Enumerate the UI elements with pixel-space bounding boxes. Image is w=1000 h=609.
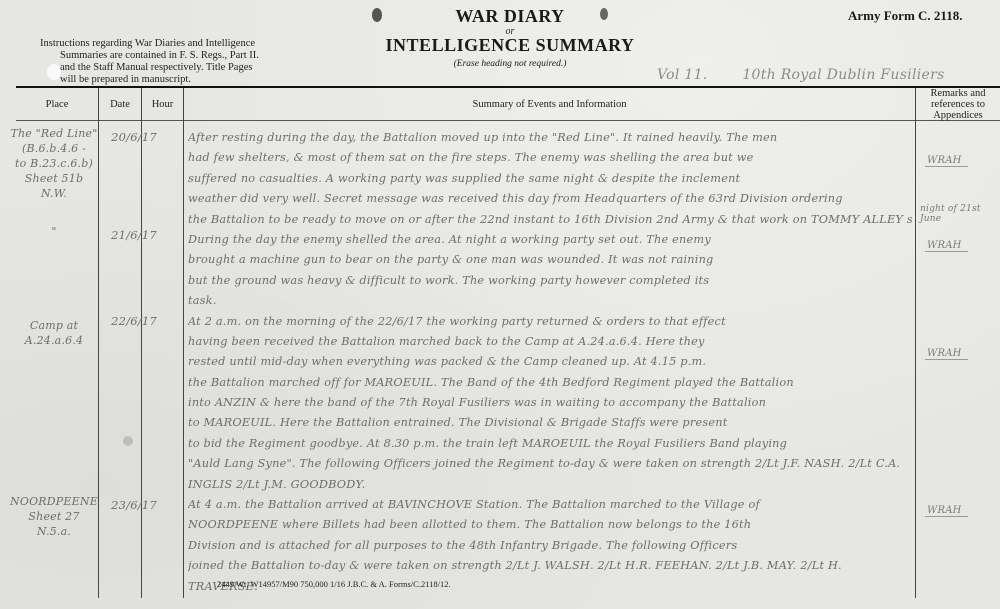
page-subtitle: INTELLIGENCE SUMMARY xyxy=(380,35,640,56)
summary-text: After resting during the day, the Battal… xyxy=(188,128,912,597)
summary-line: the Battalion marched off for MAROEUIL. … xyxy=(188,373,912,393)
column-header-date: Date xyxy=(99,88,141,120)
ink-blot xyxy=(372,8,382,22)
unit-heading: Vol 11. 10th Royal Dublin Fusiliers xyxy=(657,67,945,83)
summary-line: During the day the enemy shelled the are… xyxy=(188,230,912,250)
entry-date: 22/6/17 xyxy=(104,314,164,328)
remarks-header-line: Appendices xyxy=(933,110,983,121)
paper-mark xyxy=(123,436,133,446)
unit-name: 10th Royal Dublin Fusiliers xyxy=(742,67,944,83)
place-line: " xyxy=(10,224,98,239)
ink-blot xyxy=(600,8,608,20)
column-divider xyxy=(141,88,142,598)
place-line: Camp at xyxy=(10,318,98,333)
place-line: N.5.a. xyxy=(10,524,98,539)
heading-note: (Erase heading not required.) xyxy=(380,59,640,69)
remark-initials: WRAH xyxy=(925,155,968,167)
place-line: Sheet 51b N.W. xyxy=(10,171,98,201)
summary-line: At 4 a.m. the Battalion arrived at BAVIN… xyxy=(188,495,912,515)
place-line: NOORDPEENE xyxy=(10,494,98,509)
column-divider xyxy=(183,88,184,598)
summary-line: suffered no casualties. A working party … xyxy=(188,169,912,189)
entry-place: The "Red Line" (B.6.b.4.6 - to B.23.c.6.… xyxy=(10,126,98,201)
summary-line: having been received the Battalion march… xyxy=(188,332,912,352)
instructions-line: will be prepared in manuscript. xyxy=(40,74,275,86)
column-header-remarks: Remarks and references to Appendices xyxy=(916,88,1000,120)
remark-initials: WRAH xyxy=(925,505,968,517)
margin-note: night of 21st June xyxy=(920,204,1000,224)
column-divider xyxy=(915,88,916,598)
place-line: to B.23.c.6.b) xyxy=(10,156,98,171)
column-divider xyxy=(98,88,99,598)
summary-line: Division and is attached for all purpose… xyxy=(188,536,912,556)
entry-date: 20/6/17 xyxy=(104,130,164,144)
summary-line: joined the Battalion to-day & were taken… xyxy=(188,556,912,576)
remarks-header-line: Remarks and xyxy=(930,88,985,99)
summary-line: brought a machine gun to bear on the par… xyxy=(188,250,912,270)
remark-initials: WRAH xyxy=(925,240,968,252)
summary-line: INGLIS 2/Lt J.M. GOODBODY. xyxy=(188,475,912,495)
summary-line: At 2 a.m. on the morning of the 22/6/17 … xyxy=(188,312,912,332)
summary-line: weather did very well. Secret message wa… xyxy=(188,189,912,209)
summary-line: "Auld Lang Syne". The following Officers… xyxy=(188,454,912,474)
instructions-line: Summaries are contained in F. S. Regs., … xyxy=(40,50,275,62)
entry-place: Camp at A.24.a.6.4 xyxy=(10,318,98,348)
remarks-header-line: references to xyxy=(931,99,985,110)
summary-line: into ANZIN & here the band of the 7th Ro… xyxy=(188,393,912,413)
form-number: Army Form C. 2118. xyxy=(848,8,962,24)
entry-place: " xyxy=(10,224,98,239)
column-header-place: Place xyxy=(16,88,98,120)
column-header-hour: Hour xyxy=(142,88,183,120)
column-header-summary: Summary of Events and Information xyxy=(184,88,915,120)
entry-place: NOORDPEENE Sheet 27 N.5.a. xyxy=(10,494,98,539)
remark-initials: WRAH xyxy=(925,348,968,360)
summary-line: to bid the Regiment goodbye. At 8.30 p.m… xyxy=(188,434,912,454)
place-line: (B.6.b.4.6 - xyxy=(10,141,98,156)
summary-line: the Battalion to be ready to move on or … xyxy=(188,210,912,230)
summary-line: After resting during the day, the Battal… xyxy=(188,128,912,148)
printer-imprint: 2449 Wt. W14957/M90 750,000 1/16 J.B.C. … xyxy=(217,579,451,589)
volume-label: Vol 11. xyxy=(657,67,708,83)
summary-line: had few shelters, & most of them sat on … xyxy=(188,148,912,168)
paper-hole xyxy=(47,64,61,80)
summary-line: rested until mid-day when everything was… xyxy=(188,352,912,372)
place-line: Sheet 27 xyxy=(10,509,98,524)
instructions-line: and the Staff Manual respectively. Title… xyxy=(40,62,275,74)
instructions-line: Instructions regarding War Diaries and I… xyxy=(40,38,275,50)
place-line: A.24.a.6.4 xyxy=(10,333,98,348)
entry-date: 21/6/17 xyxy=(104,228,164,242)
summary-line: but the ground was heavy & difficult to … xyxy=(188,271,912,291)
summary-line: task. xyxy=(188,291,912,311)
column-header-rule xyxy=(16,120,1000,121)
summary-line: NOORDPEENE where Billets had been allott… xyxy=(188,515,912,535)
war-diary-page: Instructions regarding War Diaries and I… xyxy=(0,0,1000,609)
place-line: The "Red Line" xyxy=(10,126,98,141)
instructions-block: Instructions regarding War Diaries and I… xyxy=(40,38,275,86)
summary-line: to MAROEUIL. Here the Battalion entraine… xyxy=(188,413,912,433)
entry-date: 23/6/17 xyxy=(104,498,164,512)
